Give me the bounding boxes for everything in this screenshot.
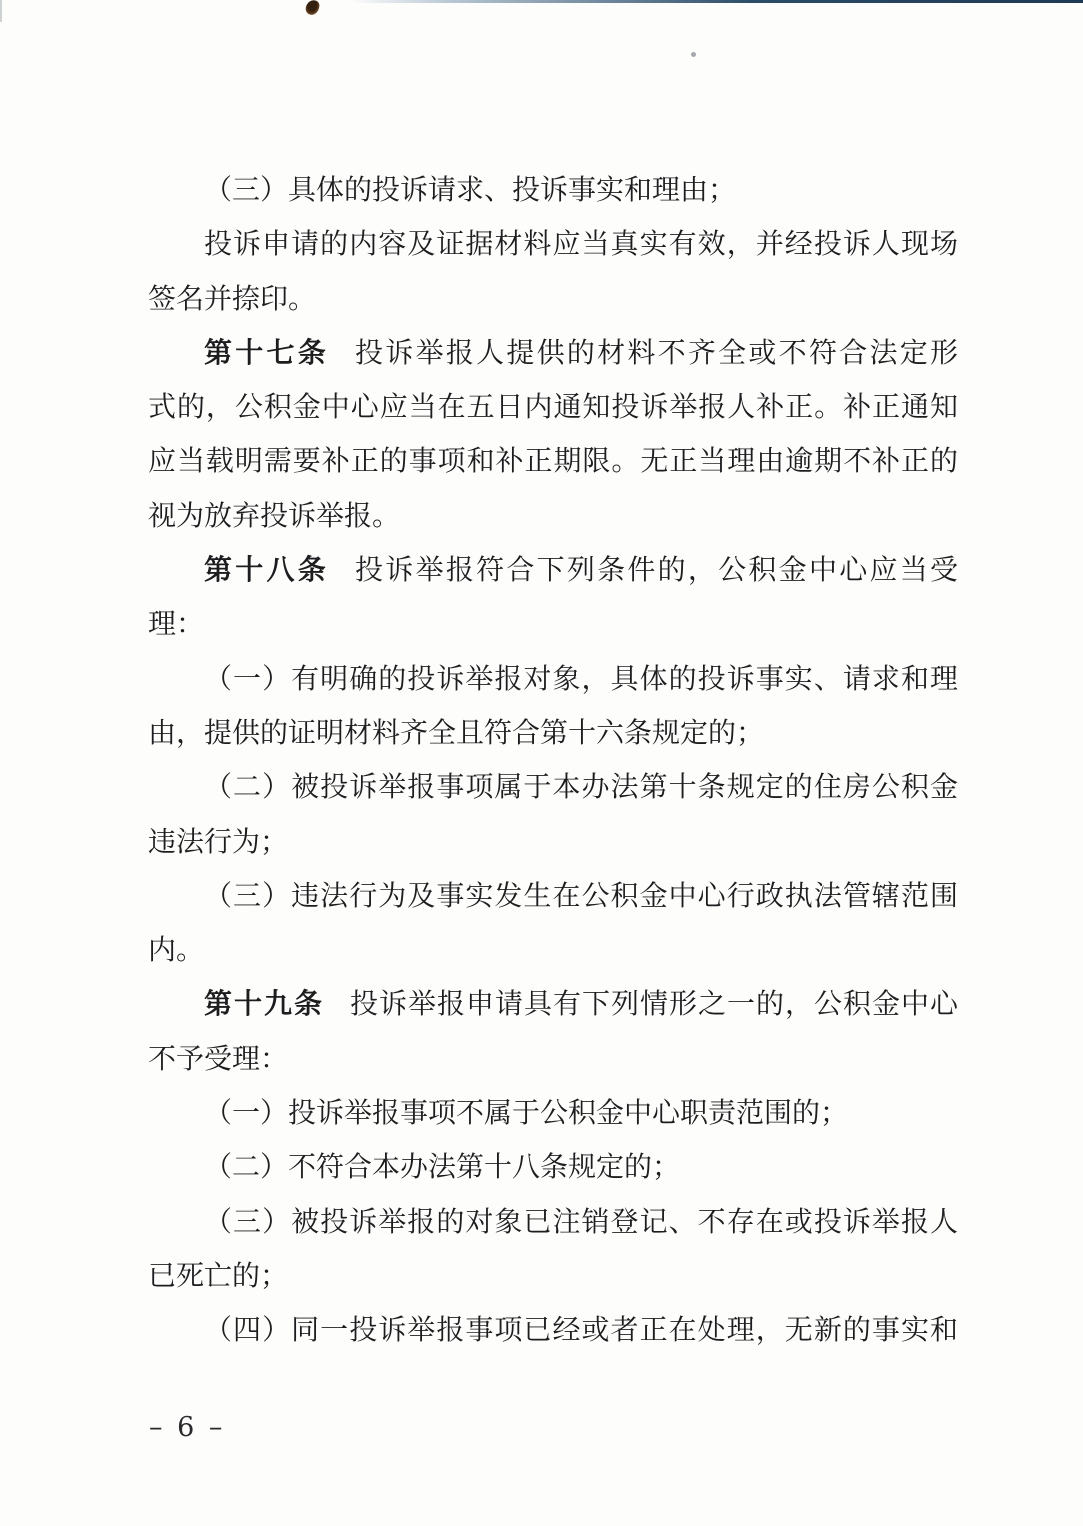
line-text: 投诉举报符合下列条件的，公积金中心应当受 xyxy=(355,553,958,586)
text-line: 签名并捺印。 xyxy=(148,272,958,326)
text-line: （一）有明确的投诉举报对象，具体的投诉事实、请求和理 xyxy=(148,652,958,706)
line-text: 已死亡的； xyxy=(148,1259,288,1292)
line-text: 不予受理： xyxy=(148,1042,288,1075)
line-text: （四）同一投诉举报事项已经或者正在处理，无新的事实和 xyxy=(204,1313,958,1346)
text-line: 第十九条投诉举报申请具有下列情形之一的，公积金中心 xyxy=(148,977,958,1031)
line-text: 由，提供的证明材料齐全且符合第十六条规定的； xyxy=(148,716,764,749)
line-text: （二）被投诉举报事项属于本办法第十条规定的住房公积金 xyxy=(204,770,958,803)
line-text: （一）有明确的投诉举报对象，具体的投诉事实、请求和理 xyxy=(204,662,958,695)
scan-edge-strip xyxy=(350,0,1083,3)
line-text: （二）不符合本办法第十八条规定的； xyxy=(204,1150,680,1183)
text-line: （四）同一投诉举报事项已经或者正在处理，无新的事实和 xyxy=(148,1303,958,1357)
text-line: 应当载明需要补正的事项和补正期限。无正当理由逾期不补正的 xyxy=(148,434,958,488)
line-text: 签名并捺印。 xyxy=(148,282,316,315)
text-line: 视为放弃投诉举报。 xyxy=(148,489,958,543)
text-line: 式的，公积金中心应当在五日内通知投诉举报人补正。补正通知 xyxy=(148,380,958,434)
page-number: – 6 – xyxy=(149,1412,225,1443)
line-text: 违法行为； xyxy=(148,825,288,858)
article-number: 第十九条 xyxy=(204,987,324,1020)
line-text: （三）具体的投诉请求、投诉事实和理由； xyxy=(204,173,736,206)
line-text: 应当载明需要补正的事项和补正期限。无正当理由逾期不补正的 xyxy=(148,444,958,477)
document-page: （三）具体的投诉请求、投诉事实和理由；投诉申请的内容及证据材料应当真实有效，并经… xyxy=(0,0,1083,1526)
text-line: 违法行为； xyxy=(148,815,958,869)
text-line: （三）具体的投诉请求、投诉事实和理由； xyxy=(148,163,958,217)
line-text: （三）违法行为及事实发生在公积金中心行政执法管辖范围 xyxy=(204,879,958,912)
line-text: 视为放弃投诉举报。 xyxy=(148,499,400,532)
text-line: （二）不符合本办法第十八条规定的； xyxy=(148,1140,958,1194)
text-line: （三）被投诉举报的对象已注销登记、不存在或投诉举报人 xyxy=(148,1195,958,1249)
scan-edge-left xyxy=(0,0,2,22)
text-line: （二）被投诉举报事项属于本办法第十条规定的住房公积金 xyxy=(148,760,958,814)
line-text: 理： xyxy=(148,607,204,640)
article-number: 第十七条 xyxy=(204,336,329,369)
line-text: （一）投诉举报事项不属于公积金中心职责范围的； xyxy=(204,1096,848,1129)
text-line: 内。 xyxy=(148,923,958,977)
stray-dot xyxy=(691,52,696,57)
line-text: 投诉举报人提供的材料不齐全或不符合法定形 xyxy=(355,336,958,369)
text-line: （一）投诉举报事项不属于公积金中心职责范围的； xyxy=(148,1086,958,1140)
text-line: 不予受理： xyxy=(148,1032,958,1086)
text-line: 已死亡的； xyxy=(148,1249,958,1303)
text-line: （三）违法行为及事实发生在公积金中心行政执法管辖范围 xyxy=(148,869,958,923)
text-line: 第十七条投诉举报人提供的材料不齐全或不符合法定形 xyxy=(148,326,958,380)
line-text: 投诉申请的内容及证据材料应当真实有效，并经投诉人现场 xyxy=(204,227,958,260)
line-text: 式的，公积金中心应当在五日内通知投诉举报人补正。补正通知 xyxy=(148,390,958,423)
text-line: 理： xyxy=(148,597,958,651)
document-body: （三）具体的投诉请求、投诉事实和理由；投诉申请的内容及证据材料应当真实有效，并经… xyxy=(148,163,958,1358)
text-line: 由，提供的证明材料齐全且符合第十六条规定的； xyxy=(148,706,958,760)
article-number: 第十八条 xyxy=(204,553,329,586)
line-text: 内。 xyxy=(148,933,204,966)
text-line: 投诉申请的内容及证据材料应当真实有效，并经投诉人现场 xyxy=(148,217,958,271)
ink-speck xyxy=(304,0,320,16)
line-text: 投诉举报申请具有下列情形之一的，公积金中心 xyxy=(350,987,958,1020)
text-line: 第十八条投诉举报符合下列条件的，公积金中心应当受 xyxy=(148,543,958,597)
line-text: （三）被投诉举报的对象已注销登记、不存在或投诉举报人 xyxy=(204,1205,958,1238)
